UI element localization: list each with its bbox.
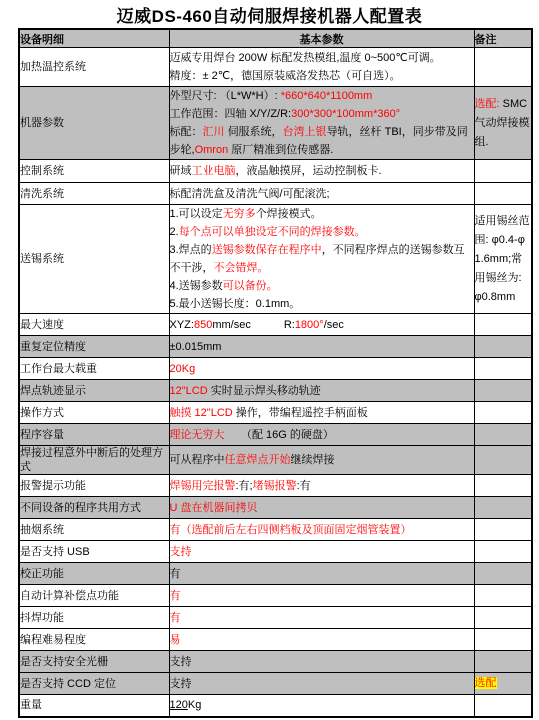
text-segment: 汇川 xyxy=(203,126,228,138)
text-segment: 任意焊点开始 xyxy=(225,454,291,466)
spec-row-params: 1.可以设定无穷多个焊接模式。2.每个点可以单独设定不同的焊接参数。3.焊点的送… xyxy=(169,205,474,314)
spec-row-params: 有 xyxy=(169,607,474,629)
table-row: 是否支持 USB支持 xyxy=(19,541,532,563)
param-line: 不干涉，不会错焊。 xyxy=(170,259,474,277)
param-line: 易 xyxy=(170,631,474,649)
table-row: 焊接过程意外中断后的处理方式可从程序中任意焊点开始继续焊接 xyxy=(19,446,532,475)
spec-row-remark xyxy=(474,380,532,402)
table-header-row: 设备明细 基本参数 备注 xyxy=(19,29,532,48)
text-segment: Kg xyxy=(188,699,201,711)
text-segment: 工作范围：四轴 X/Y/Z/R: xyxy=(170,108,292,120)
param-line: 步轮,Omron 原厂精准到位传感器. xyxy=(170,141,474,159)
param-line: XYZ:850mm/sec R:1800°/sec xyxy=(170,316,474,334)
spec-row-label: 最大速度 xyxy=(19,314,169,336)
spec-row-remark xyxy=(474,475,532,497)
table-row: 操作方式触摸 12"LCD 操作，带编程遥控手柄面板 xyxy=(19,402,532,424)
config-table: 设备明细 基本参数 备注 加热温控系统迈威专用焊台 200W 标配发热模组,温度… xyxy=(18,28,533,718)
text-segment: 支持 xyxy=(170,656,192,668)
header-remark: 备注 xyxy=(474,29,532,48)
spec-row-remark xyxy=(474,541,532,563)
spec-row-remark xyxy=(474,446,532,475)
text-segment: 适用锡丝范围: φ0.4-φ1.6mm;常用锡丝为: φ0.8mm xyxy=(475,215,530,303)
spec-row-params: U 盘在机器间拷贝 xyxy=(169,497,474,519)
param-line: 4.送锡参数可以备份。 xyxy=(170,277,474,295)
text-segment: 选配: xyxy=(475,98,500,110)
text-segment: 有（选配前后左右四侧档板及顶面固定烟管装置） xyxy=(170,524,412,536)
spec-row-remark xyxy=(474,497,532,519)
spec-row-label: 机器参数 xyxy=(19,87,169,160)
text-segment: 2. xyxy=(170,226,179,238)
text-segment: 有 xyxy=(170,568,181,580)
param-line: 有（选配前后左右四侧档板及顶面固定烟管装置） xyxy=(170,521,474,539)
text-segment: 迈威专用焊台 200W 标配发热模组,温度 0~500℃可调。 xyxy=(170,52,441,64)
spec-row-remark xyxy=(474,48,532,87)
param-line: 有 xyxy=(170,609,474,627)
text-segment: 120 xyxy=(170,699,188,711)
param-line: 20Kg xyxy=(170,360,474,378)
spec-row-label: 报警提示功能 xyxy=(19,475,169,497)
spec-row-remark xyxy=(474,314,532,336)
text-segment: mm/sec xyxy=(212,319,251,331)
spec-row-remark xyxy=(474,336,532,358)
spec-row-remark: 选配: SMC 气动焊接模组. xyxy=(474,87,532,160)
text-segment: 焊锡用完报警 xyxy=(170,480,236,492)
spec-row-remark xyxy=(474,607,532,629)
spec-row-label: 是否支持 USB xyxy=(19,541,169,563)
spec-row-label: 重量 xyxy=(19,695,169,717)
param-line: 理论无穷大 （配 16G 的硬盘） xyxy=(170,426,474,444)
config-table-body: 设备明细 基本参数 备注 加热温控系统迈威专用焊台 200W 标配发热模组,温度… xyxy=(19,29,532,717)
text-segment: 原厂精准到位传感器. xyxy=(231,144,333,156)
text-segment: 3.焊点的 xyxy=(170,244,212,256)
spec-row-remark xyxy=(474,695,532,717)
spec-row-params: 有 xyxy=(169,563,474,585)
text-segment: U 盘在机器间拷贝 xyxy=(170,502,258,514)
param-line: 2.每个点可以单独设定不同的焊接参数。 xyxy=(170,223,474,241)
text-segment: 步轮, xyxy=(170,144,195,156)
param-line: 研域工业电脑，液晶触摸屏，运动控制板卡. xyxy=(170,162,474,180)
text-segment: 不会错焊。 xyxy=(214,262,269,274)
spec-row-label: 加热温控系统 xyxy=(19,48,169,87)
spec-row-label: 焊点轨迹显示 xyxy=(19,380,169,402)
param-line: 标配清洗盒及清洗气阀/可配滚洗; xyxy=(170,185,474,203)
table-row: 焊点轨迹显示12"LCD 实时显示焊头移动轨迹 xyxy=(19,380,532,402)
spec-row-params: 支持 xyxy=(169,651,474,673)
spec-row-remark xyxy=(474,629,532,651)
spec-row-remark xyxy=(474,402,532,424)
text-segment: 支持 xyxy=(170,546,192,558)
table-row: 清洗系统标配清洗盒及清洗气阀/可配滚洗; xyxy=(19,183,532,205)
header-params: 基本参数 xyxy=(169,29,474,48)
spec-row-label: 抽烟系统 xyxy=(19,519,169,541)
text-segment: 可从程序中 xyxy=(170,454,225,466)
text-segment: 4.送锡参数 xyxy=(170,280,223,292)
param-line: 标配：汇川 伺服系统，台湾上银导轨，丝杆 TBI，同步带及同 xyxy=(170,123,474,141)
table-row: 程序容量理论无穷大 （配 16G 的硬盘） xyxy=(19,424,532,446)
param-line: 3.焊点的送锡参数保存在程序中，不同程序焊点的送锡参数互 xyxy=(170,241,474,259)
text-segment: 堵锡报警 xyxy=(253,480,297,492)
param-line: 精度：± 2℃，德国原装威洛发热芯（可自选）。 xyxy=(170,67,474,85)
spec-row-params: 支持 xyxy=(169,673,474,695)
table-row: 最大速度XYZ:850mm/sec R:1800°/sec xyxy=(19,314,532,336)
table-row: 工作台最大载重20Kg xyxy=(19,358,532,380)
text-segment: *660*640*1100mm xyxy=(281,90,373,102)
text-segment: 1800° xyxy=(295,319,324,331)
text-segment: 有 xyxy=(170,612,181,624)
text-segment: 标配： xyxy=(170,126,203,138)
text-segment: 送锡参数保存在程序中 xyxy=(212,244,322,256)
table-row: 送锡系统1.可以设定无穷多个焊接模式。2.每个点可以单独设定不同的焊接参数。3.… xyxy=(19,205,532,314)
spec-row-label: 校正功能 xyxy=(19,563,169,585)
spec-row-params: 标配清洗盒及清洗气阀/可配滚洗; xyxy=(169,183,474,205)
spec-row-remark: 适用锡丝范围: φ0.4-φ1.6mm;常用锡丝为: φ0.8mm xyxy=(474,205,532,314)
table-row: 报警提示功能焊锡用完报警:有;堵锡报警:有 xyxy=(19,475,532,497)
text-segment: 标配清洗盒及清洗气阀/可配滚洗; xyxy=(170,188,330,200)
page-title: 迈威DS-460自动伺服焊接机器人配置表 xyxy=(0,0,539,28)
spec-row-remark xyxy=(474,585,532,607)
spec-row-params: ±0.015mm xyxy=(169,336,474,358)
spec-row-label: 程序容量 xyxy=(19,424,169,446)
spec-row-params: 有 xyxy=(169,585,474,607)
text-segment: 5.最小送锡长度：0.1mm。 xyxy=(170,298,301,310)
text-segment: ，不同程序焊点的送锡参数互 xyxy=(322,244,465,256)
spec-row-label: 不同设备的程序共用方式 xyxy=(19,497,169,519)
text-segment: R: xyxy=(284,319,295,331)
spec-row-params: 外型尺寸: （L*W*H）: *660*640*1100mm工作范围：四轴 X/… xyxy=(169,87,474,160)
table-row: 是否支持 CCD 定位支持选配 xyxy=(19,673,532,695)
text-segment: 300*300*100mm*360° xyxy=(291,108,400,120)
param-line: 支持 xyxy=(170,675,474,693)
spec-row-params: 120Kg xyxy=(169,695,474,717)
spec-row-label: 工作台最大载重 xyxy=(19,358,169,380)
param-line: U 盘在机器间拷贝 xyxy=(170,499,474,517)
table-row: 不同设备的程序共用方式U 盘在机器间拷贝 xyxy=(19,497,532,519)
spec-row-label: 是否支持安全光栅 xyxy=(19,651,169,673)
table-row: 控制系统研域工业电脑，液晶触摸屏，运动控制板卡. xyxy=(19,160,532,183)
text-segment: 精度：± 2℃，德国原装威洛发热芯（可自选）。 xyxy=(170,70,401,82)
spec-row-remark xyxy=(474,519,532,541)
text-segment: XYZ: xyxy=(170,319,194,331)
spec-row-label: 送锡系统 xyxy=(19,205,169,314)
param-line: 有 xyxy=(170,587,474,605)
spec-row-remark xyxy=(474,563,532,585)
text-segment: ，液晶触摸屏，运动控制板卡. xyxy=(236,165,382,177)
text-segment: 理论无穷大 xyxy=(170,429,225,441)
param-line: 迈威专用焊台 200W 标配发热模组,温度 0~500℃可调。 xyxy=(170,49,474,67)
spec-row-params: 易 xyxy=(169,629,474,651)
param-line: 触摸 12"LCD 操作，带编程遥控手柄面板 xyxy=(170,404,474,422)
spec-row-params: 理论无穷大 （配 16G 的硬盘） xyxy=(169,424,474,446)
text-segment xyxy=(251,319,284,331)
text-segment: 850 xyxy=(194,319,212,331)
spec-row-params: 研域工业电脑，液晶触摸屏，运动控制板卡. xyxy=(169,160,474,183)
text-segment: 1.可以设定 xyxy=(170,208,223,220)
param-line: 12"LCD 实时显示焊头移动轨迹 xyxy=(170,382,474,400)
text-segment: 不干涉， xyxy=(170,262,214,274)
spec-row-label: 自动计算补偿点功能 xyxy=(19,585,169,607)
text-segment: 实时显示焊头移动轨迹 xyxy=(211,385,321,397)
spec-row-params: 可从程序中任意焊点开始继续焊接 xyxy=(169,446,474,475)
text-segment: /sec xyxy=(324,319,344,331)
spec-row-params: 触摸 12"LCD 操作，带编程遥控手柄面板 xyxy=(169,402,474,424)
spec-row-params: 迈威专用焊台 200W 标配发热模组,温度 0~500℃可调。精度：± 2℃，德… xyxy=(169,48,474,87)
table-row: 机器参数外型尺寸: （L*W*H）: *660*640*1100mm工作范围：四… xyxy=(19,87,532,160)
table-row: 加热温控系统迈威专用焊台 200W 标配发热模组,温度 0~500℃可调。精度：… xyxy=(19,48,532,87)
text-segment: 外型尺寸: （L*W*H）: xyxy=(170,90,281,102)
text-segment: :有; xyxy=(236,480,253,492)
text-segment: 工业电脑 xyxy=(192,165,236,177)
spec-row-label: 控制系统 xyxy=(19,160,169,183)
spec-row-remark xyxy=(474,424,532,446)
spec-row-label: 重复定位精度 xyxy=(19,336,169,358)
text-segment: 易 xyxy=(170,634,181,646)
table-row: 重复定位精度±0.015mm xyxy=(19,336,532,358)
text-segment: 继续焊接 xyxy=(291,454,335,466)
spec-row-label: 操作方式 xyxy=(19,402,169,424)
param-line: 支持 xyxy=(170,543,474,561)
table-row: 自动计算补偿点功能有 xyxy=(19,585,532,607)
text-segment: 研域 xyxy=(170,165,192,177)
spec-row-remark xyxy=(474,358,532,380)
table-row: 重量120Kg xyxy=(19,695,532,717)
text-segment: 无穷多 xyxy=(223,208,256,220)
spec-row-params: XYZ:850mm/sec R:1800°/sec xyxy=(169,314,474,336)
table-row: 抽烟系统有（选配前后左右四侧档板及顶面固定烟管装置） xyxy=(19,519,532,541)
spec-row-label: 编程难易程度 xyxy=(19,629,169,651)
text-segment: 个焊接模式。 xyxy=(256,208,322,220)
text-segment: 支持 xyxy=(170,678,192,690)
text-segment: :有 xyxy=(297,480,311,492)
spec-row-params: 12"LCD 实时显示焊头移动轨迹 xyxy=(169,380,474,402)
spec-row-params: 20Kg xyxy=(169,358,474,380)
table-row: 编程难易程度易 xyxy=(19,629,532,651)
param-line: 5.最小送锡长度：0.1mm。 xyxy=(170,295,474,313)
spec-sheet-page: 迈威DS-460自动伺服焊接机器人配置表 设备明细 基本参数 备注 加热温控系统… xyxy=(0,0,539,720)
header-equipment: 设备明细 xyxy=(19,29,169,48)
spec-row-params: 焊锡用完报警:有;堵锡报警:有 xyxy=(169,475,474,497)
text-segment: 导轨，丝杆 TBI，同步带及同 xyxy=(327,126,468,138)
table-row: 校正功能有 xyxy=(19,563,532,585)
text-segment: 伺服系统， xyxy=(228,126,283,138)
text-segment: 操作，带编程遥控手柄面板 xyxy=(236,407,368,419)
spec-row-params: 支持 xyxy=(169,541,474,563)
table-row: 抖焊功能有 xyxy=(19,607,532,629)
text-segment: 12"LCD xyxy=(170,385,211,397)
text-segment: 触摸 12"LCD xyxy=(170,407,236,419)
param-line: 工作范围：四轴 X/Y/Z/R:300*300*100mm*360° xyxy=(170,105,474,123)
text-segment: ±0.015mm xyxy=(170,341,222,353)
text-segment: 台湾上银 xyxy=(283,126,327,138)
param-line: 支持 xyxy=(170,653,474,671)
text-segment: （配 16G 的硬盘） xyxy=(225,429,334,441)
param-line: 可从程序中任意焊点开始继续焊接 xyxy=(170,451,474,469)
spec-row-remark: 选配 xyxy=(474,673,532,695)
text-segment: 有 xyxy=(170,590,181,602)
spec-row-label: 是否支持 CCD 定位 xyxy=(19,673,169,695)
spec-row-remark xyxy=(474,160,532,183)
param-line: 焊锡用完报警:有;堵锡报警:有 xyxy=(170,477,474,495)
param-line: 外型尺寸: （L*W*H）: *660*640*1100mm xyxy=(170,87,474,105)
table-row: 是否支持安全光栅支持 xyxy=(19,651,532,673)
spec-row-remark xyxy=(474,183,532,205)
spec-row-label: 抖焊功能 xyxy=(19,607,169,629)
text-segment: Omron xyxy=(195,144,232,156)
param-line: ±0.015mm xyxy=(170,338,474,356)
param-line: 有 xyxy=(170,565,474,583)
text-segment: 选配 xyxy=(475,677,497,689)
text-segment: 可以备份。 xyxy=(223,280,278,292)
spec-row-label: 焊接过程意外中断后的处理方式 xyxy=(19,446,169,475)
param-line: 120Kg xyxy=(170,696,474,714)
text-segment: 20Kg xyxy=(170,363,196,375)
spec-row-params: 有（选配前后左右四侧档板及顶面固定烟管装置） xyxy=(169,519,474,541)
spec-row-label: 清洗系统 xyxy=(19,183,169,205)
text-segment: 每个点可以单独设定不同的焊接参数。 xyxy=(179,226,366,238)
param-line: 1.可以设定无穷多个焊接模式。 xyxy=(170,205,474,223)
spec-row-remark xyxy=(474,651,532,673)
